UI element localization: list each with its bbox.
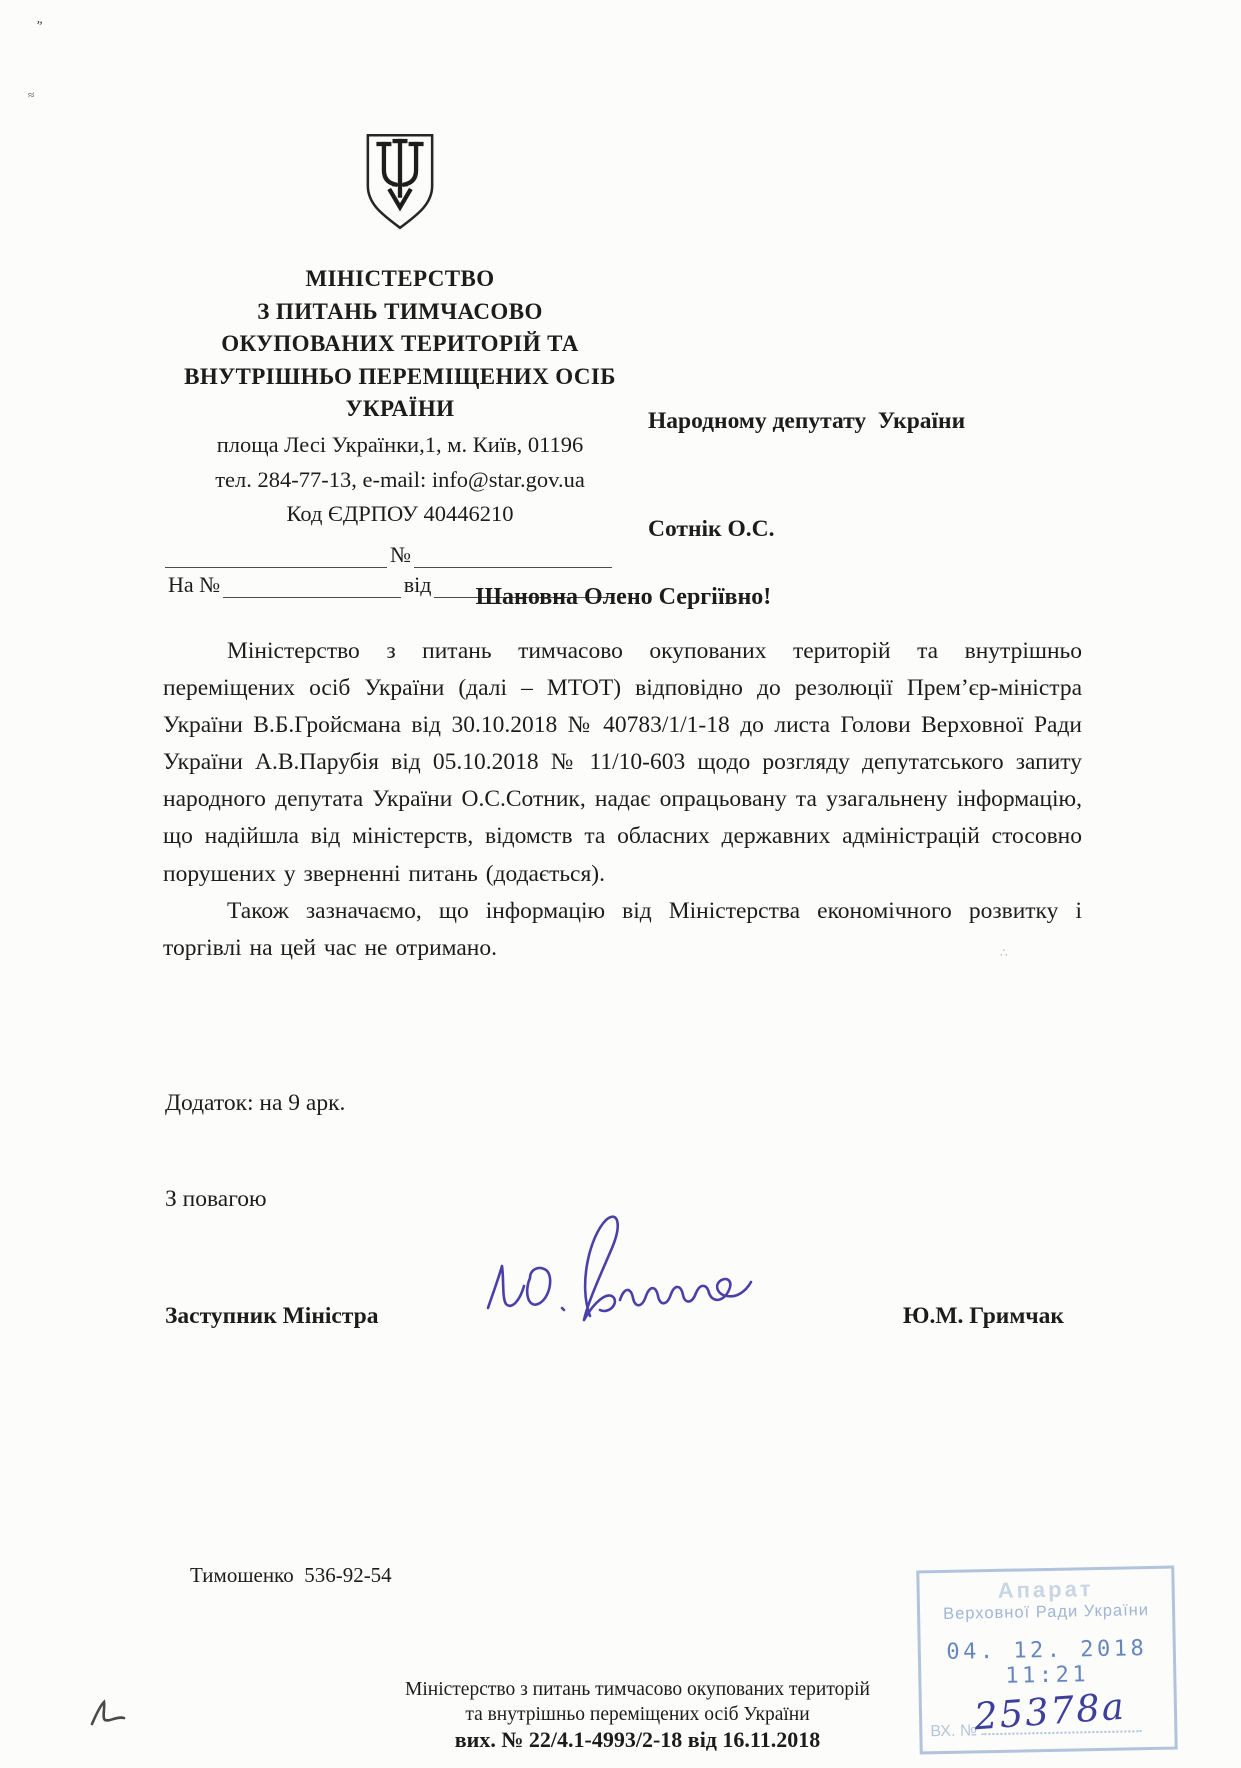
- salutation: Шановна Олено Сергіївно!: [165, 584, 1082, 611]
- stamp-org-line2: Верховної Ради України: [920, 1601, 1172, 1625]
- letter-body: Міністерство з питань тимчасово окупован…: [163, 633, 1082, 967]
- ministry-name: МІНІСТЕРСТВО З ПИТАНЬ ТИМЧАСОВО ОКУПОВАН…: [150, 263, 650, 426]
- recipient-line: Сотнік О.С.: [648, 511, 965, 547]
- recipient-block: Народному депутату України Сотнік О.С.: [648, 331, 965, 619]
- body-paragraph: Міністерство з питань тимчасово окупован…: [163, 633, 1082, 893]
- recipient-line: Народному депутату України: [648, 403, 965, 439]
- body-paragraph: Також зазначаємо, що інформацію від Міні…: [163, 893, 1082, 967]
- pencil-mark: [78, 1672, 148, 1742]
- contact-line: тел. 284-77-13, e-mail: info@star.gov.ua: [150, 463, 650, 498]
- scan-speck: ≈: [27, 88, 34, 103]
- ministry-name-line: ВНУТРІШНЬО ПЕРЕМІЩЕНИХ ОСІБ: [150, 361, 650, 394]
- ministry-name-line: З ПИТАНЬ ТИМЧАСОВО: [150, 296, 650, 329]
- address-line: площа Лесі Українки,1, м. Київ, 01196: [150, 428, 650, 463]
- signer-position-title: Заступник Міністра: [165, 1303, 378, 1330]
- footer-org-line: Міністерство з питань тимчасово окупован…: [165, 1678, 1110, 1703]
- edrpou-line: Код ЄДРПОУ 40446210: [150, 497, 650, 532]
- handwritten-signature: [478, 1208, 788, 1343]
- executor-line: Тимошенко 536-92-54: [190, 1563, 392, 1588]
- ministry-contacts: площа Лесі Українки,1, м. Київ, 01196 те…: [150, 428, 650, 532]
- blank-rule: [165, 543, 387, 568]
- attachment-note: Додаток: на 9 арк.: [165, 1090, 345, 1117]
- footer-outgoing-ref: вих. № 22/4.1-4993/2-18 від 16.11.2018: [165, 1728, 1110, 1753]
- closing-phrase: З повагою: [165, 1186, 267, 1213]
- tryzub-emblem-icon: [362, 131, 438, 233]
- scan-speck: ”: [34, 18, 43, 35]
- outgoing-ref-row: №: [165, 542, 612, 568]
- footer-org-line: та внутрішньо переміщених осіб України: [165, 1703, 1110, 1728]
- ministry-name-line: МІНІСТЕРСТВО: [150, 263, 650, 296]
- number-sign-label: №: [387, 542, 414, 568]
- scanned-letter-page: ” ≈ ∴ МІНІСТЕРСТВО З ПИТАНЬ ТИМЧАСОВО ОК…: [0, 0, 1241, 1768]
- ministry-name-line: УКРАЇНИ: [150, 393, 650, 426]
- signer-name: Ю.М. Гримчак: [903, 1303, 1064, 1330]
- document-footer: Міністерство з питань тимчасово окупован…: [165, 1678, 1110, 1753]
- ministry-name-line: ОКУПОВАНИХ ТЕРИТОРІЙ ТА: [150, 328, 650, 361]
- blank-rule: [414, 543, 612, 568]
